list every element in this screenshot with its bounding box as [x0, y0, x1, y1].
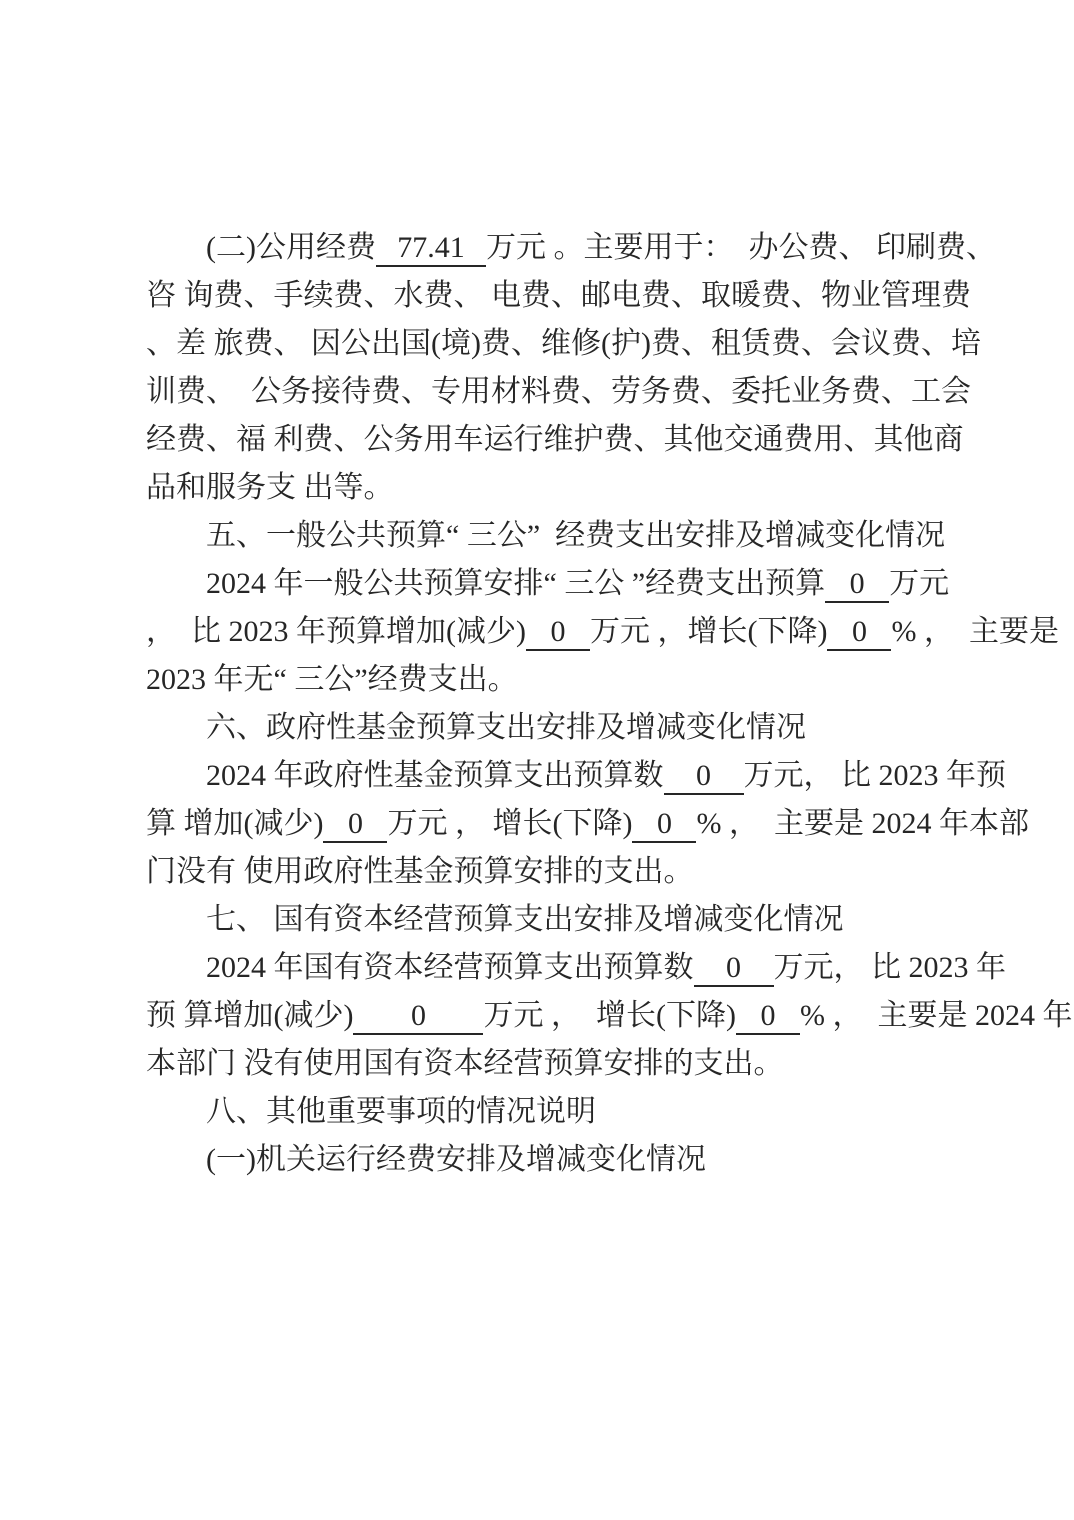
text-run: 五、一般公共预算“ 三公” 经费支出安排及增减变化情况	[206, 519, 945, 552]
text-run: 训费、 公务接待费、专用材料费、劳务费、委托业务费、工会	[146, 375, 971, 408]
blank-underlined-value: 0	[353, 999, 483, 1035]
text-run: 2024 年一般公共预算安排“ 三公 ”经费支出预算	[206, 567, 825, 600]
text-run: 、差 旅费、 因公出国(境)费、维修(护)费、租赁费、会议费、培	[146, 327, 981, 360]
blank-underlined-value: 0	[632, 807, 696, 843]
text-run: ， 比 2023 年预算增加(减少)	[146, 615, 526, 648]
para-govfund-line3: 门没有 使用政府性基金预算安排的支出。	[146, 848, 934, 896]
document-page: (二)公用经费77.41万元 。主要用于： 办公费、 印刷费、咨 询费、手续费、…	[0, 0, 1074, 1520]
text-run: 六、政府性基金预算支出安排及增减变化情况	[206, 711, 806, 744]
para-govfund-line2: 算 增加(减少)0万元 ， 增长(下降)0% ， 主要是 2024 年本部	[146, 800, 934, 848]
para-statecapital-line2: 预 算增加(减少)0万元 ， 增长(下降)0% ， 主要是 2024 年	[146, 992, 934, 1040]
blank-underlined-value: 0	[664, 759, 744, 795]
text-run: 八、其他重要事项的情况说明	[206, 1095, 596, 1128]
text-run: 预 算增加(减少)	[146, 999, 353, 1032]
text-run: 万元 ，增长(下降)	[590, 615, 827, 648]
heading-subsection-8-1: (一)机关运行经费安排及增减变化情况	[146, 1136, 934, 1184]
text-run: 2024 年政府性基金预算支出预算数	[206, 759, 664, 792]
text-run: 万元	[889, 567, 949, 600]
text-run: 本部门 没有使用国有资本经营预算安排的支出。	[146, 1047, 784, 1080]
para-sangong-line3: 2023 年无“ 三公”经费支出。	[146, 656, 934, 704]
text-run: 品和服务支 出等。	[146, 471, 394, 504]
text-run: 万元 ， 增长(下降)	[483, 999, 735, 1032]
text-run: % ， 主要是 2024 年	[800, 999, 1073, 1032]
heading-section-8: 八、其他重要事项的情况说明	[146, 1088, 934, 1136]
para-sangong-line2: ， 比 2023 年预算增加(减少)0万元 ，增长(下降)0% ， 主要是	[146, 608, 934, 656]
blank-underlined-value: 0	[827, 615, 891, 651]
text-run: 经费、福 利费、公务用车运行维护费、其他交通费用、其他商	[146, 423, 964, 456]
text-run: 七、 国有资本经营预算支出安排及增减变化情况	[206, 903, 844, 936]
blank-underlined-value: 0	[526, 615, 590, 651]
para-govfund-line1: 2024 年政府性基金预算支出预算数0万元， 比 2023 年预	[146, 752, 934, 800]
para-statecapital-line3: 本部门 没有使用国有资本经营预算安排的支出。	[146, 1040, 934, 1088]
blank-underlined-value: 77.41	[376, 231, 486, 267]
heading-section-7: 七、 国有资本经营预算支出安排及增减变化情况	[146, 896, 934, 944]
blank-underlined-value: 0	[736, 999, 800, 1035]
para-public-expense-line1: (二)公用经费77.41万元 。主要用于： 办公费、 印刷费、	[146, 224, 934, 272]
text-run: 2023 年无“ 三公”经费支出。	[146, 663, 518, 696]
para-public-expense-line5: 经费、福 利费、公务用车运行维护费、其他交通费用、其他商	[146, 416, 934, 464]
text-run: 2024 年国有资本经营预算支出预算数	[206, 951, 694, 984]
text-run: 门没有 使用政府性基金预算安排的支出。	[146, 855, 694, 888]
text-run: 万元 。主要用于： 办公费、 印刷费、	[486, 231, 996, 264]
para-public-expense-line6: 品和服务支 出等。	[146, 464, 934, 512]
blank-underlined-value: 0	[694, 951, 774, 987]
para-public-expense-line4: 训费、 公务接待费、专用材料费、劳务费、委托业务费、工会	[146, 368, 934, 416]
text-run: 万元， 比 2023 年	[774, 951, 1007, 984]
text-run: (一)机关运行经费安排及增减变化情况	[206, 1143, 706, 1176]
para-sangong-line1: 2024 年一般公共预算安排“ 三公 ”经费支出预算0万元	[146, 560, 934, 608]
heading-section-6: 六、政府性基金预算支出安排及增减变化情况	[146, 704, 934, 752]
text-run: 咨 询费、手续费、水费、 电费、邮电费、取暖费、物业管理费	[146, 279, 971, 312]
para-public-expense-line3: 、差 旅费、 因公出国(境)费、维修(护)费、租赁费、会议费、培	[146, 320, 934, 368]
para-statecapital-line1: 2024 年国有资本经营预算支出预算数0万元， 比 2023 年	[146, 944, 934, 992]
blank-underlined-value: 0	[323, 807, 387, 843]
blank-underlined-value: 0	[825, 567, 889, 603]
text-run: 万元， 比 2023 年预	[744, 759, 1007, 792]
text-run: % ， 主要是 2024 年本部	[696, 807, 1029, 840]
text-run: (二)公用经费	[206, 231, 376, 264]
heading-section-5: 五、一般公共预算“ 三公” 经费支出安排及增减变化情况	[146, 512, 934, 560]
para-public-expense-line2: 咨 询费、手续费、水费、 电费、邮电费、取暖费、物业管理费	[146, 272, 934, 320]
text-run: 万元 ， 增长(下降)	[387, 807, 632, 840]
text-run: % ， 主要是	[891, 615, 1059, 648]
text-run: 算 增加(减少)	[146, 807, 323, 840]
